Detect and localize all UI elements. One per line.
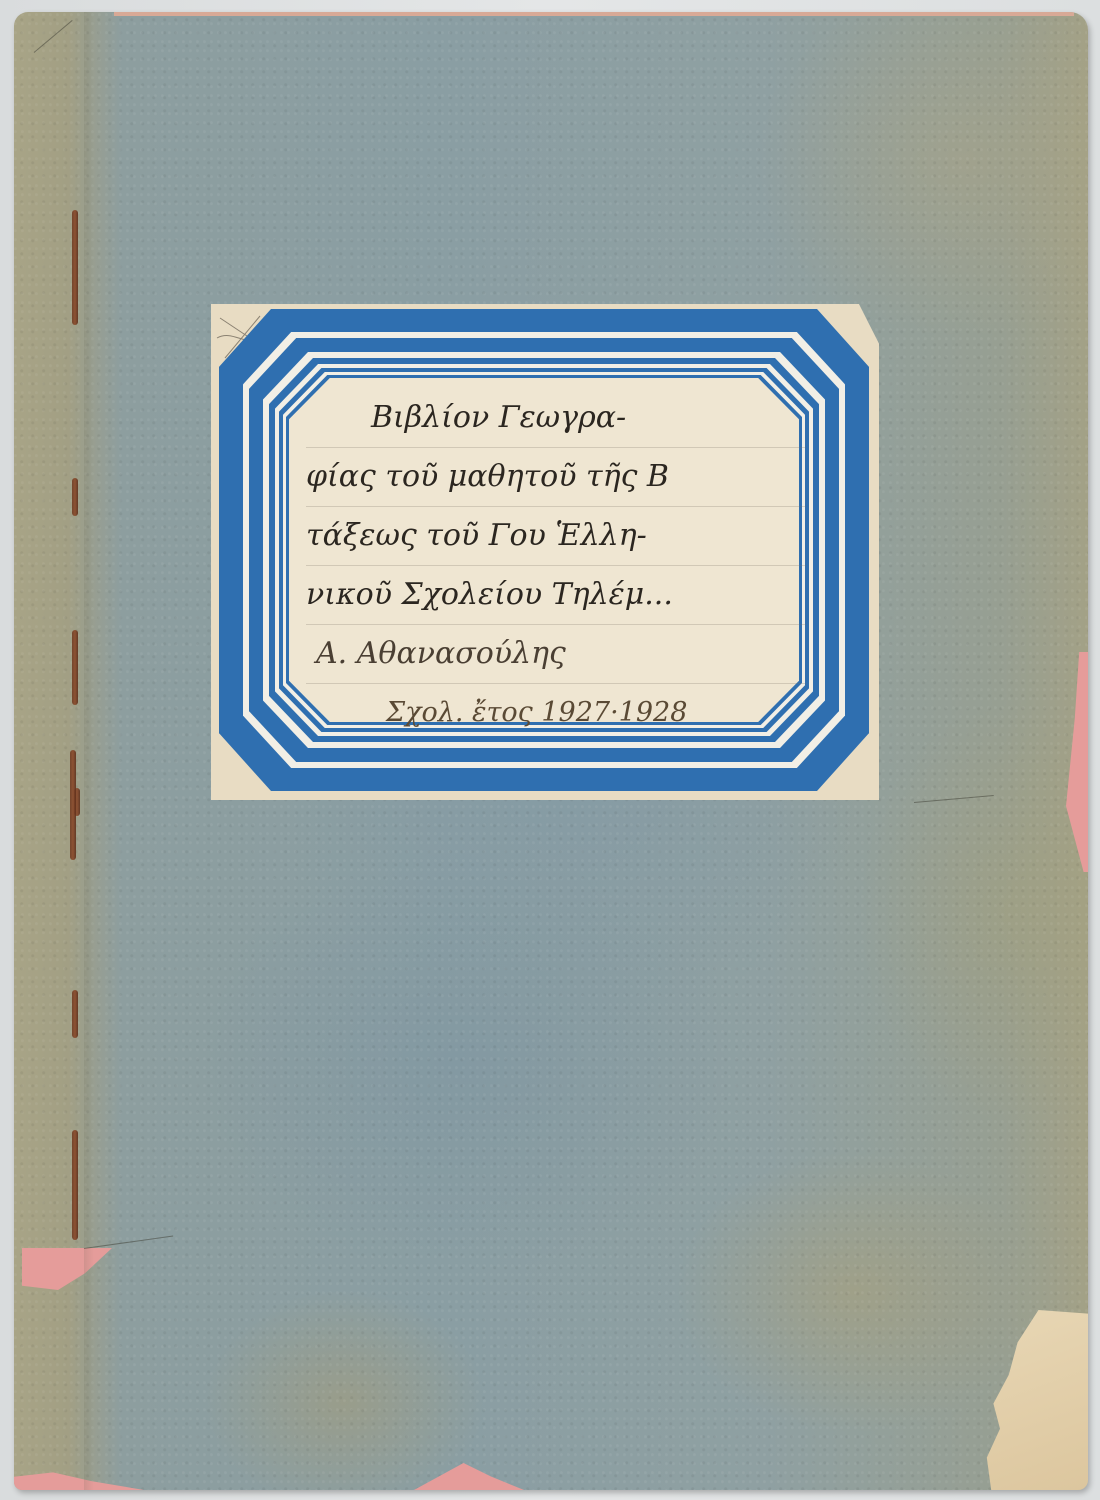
label-line-student-name: Α. Αθανασούλης [306,625,806,684]
worn-corner-bottom-right [978,1310,1088,1490]
pink-underlayer-left-tear [22,1248,112,1290]
paper-label: Βιβλίον Γεωγρα- φίας τοῦ μαθητοῦ τῆς Β τ… [211,304,879,800]
label-handwriting: Βιβλίον Γεωγρα- φίας τοῦ μαθητοῦ τῆς Β τ… [306,389,806,742]
label-line-school-year: Σχολ. ἔτος 1927·1928 [306,684,806,742]
pink-underlayer-bottom-mid [414,1460,524,1490]
label-line-class: τάξεως τοῦ Γου Ἑλλη- [306,507,806,566]
notebook-cover: Βιβλίον Γεωγρα- φίας τοῦ μαθητοῦ τῆς Β τ… [14,12,1088,1490]
spine-stitch [70,750,76,860]
photo-background: Βιβλίον Γεωγρα- φίας τοῦ μαθητοῦ τῆς Β τ… [0,0,1100,1500]
spine-stitch [72,210,78,325]
pink-underlayer-top [114,12,1074,16]
spine-stitch [72,990,78,1038]
pink-underlayer-bottom-left [14,1468,144,1490]
label-line-school: νικοῦ Σχολείου Τηλέμ... [306,566,806,625]
spine-fold [84,12,94,1490]
label-line-subject: φίας τοῦ μαθητοῦ τῆς Β [306,448,806,507]
spine-stitch [72,1130,78,1240]
tear-crack [84,1235,173,1249]
spine-stitch [72,478,78,516]
tear-crack [34,20,73,53]
spine-stitch [72,630,78,705]
label-line-title: Βιβλίον Γεωγρα- [306,389,806,448]
pink-underlayer-right-edge [1066,652,1088,872]
tear-crack [914,795,994,803]
